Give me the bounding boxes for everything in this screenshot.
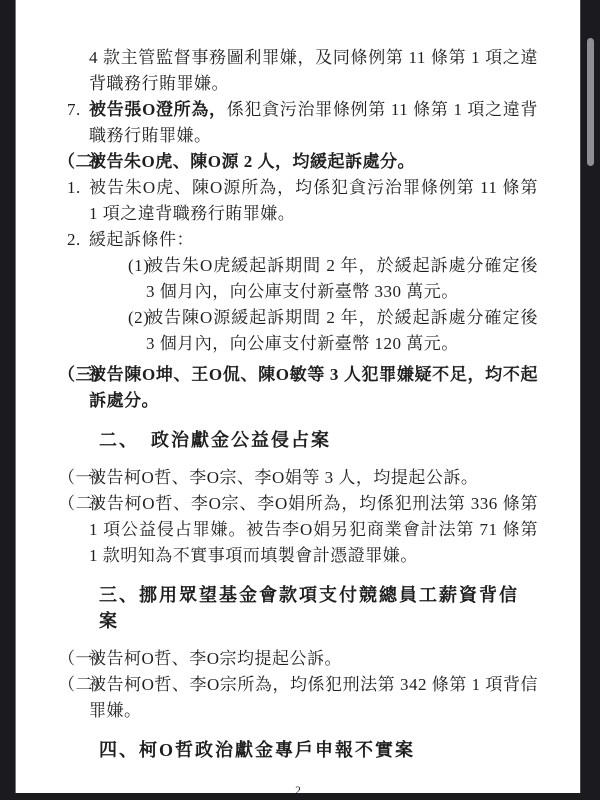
item-text: 被告朱O虎、陳O源 2 人，均緩起訴處分。: [89, 152, 415, 171]
section-heading: 二、政治獻金公益侵占案: [99, 427, 538, 453]
item-text: 被告陳O源緩起訴期間 2 年，於緩起訴處分確定後 3 個月內，向公庫支付新臺幣 …: [146, 308, 538, 353]
item-text: 被告張O澄所為，係犯貪污治罪條例第 11 條第 1 項之違背職務行賄罪嫌。: [89, 100, 538, 145]
lettered-item: （一） 被告柯O哲、李O宗均提起公訴。: [58, 646, 538, 672]
heading-text: 政治獻金公益侵占案: [151, 430, 331, 450]
item-text: 被告柯O哲、李O宗均提起公訴。: [89, 649, 342, 668]
sub-item: (1) 被告朱O虎緩起訴期間 2 年，於緩起訴處分確定後 3 個月內，向公庫支付…: [58, 253, 538, 305]
section-heading: 三、挪用眾望基金會款項支付競總員工薪資背信案: [99, 582, 538, 634]
document-page[interactable]: 4 款主管監督事務圖利罪嫌，及同條例第 11 條第 1 項之違背職務行賄罪嫌。 …: [15, 0, 581, 793]
section-heading: 四、柯O哲政治獻金專戶申報不實案: [99, 737, 538, 763]
lettered-item: （二） 被告柯O哲、李O宗所為，均係犯刑法第 342 條第 1 項背信罪嫌。: [58, 672, 538, 724]
item-marker: (1): [128, 253, 149, 279]
numbered-item: 2. 緩起訴條件：: [58, 227, 538, 253]
item-marker: （二）: [58, 149, 111, 175]
numbered-item: 1. 被告朱O虎、陳O源所為，均係犯貪污治罪條例第 11 條第 1 項之違背職務…: [58, 175, 538, 227]
heading-marker: 二、: [99, 430, 139, 450]
item-text: 被告柯O哲、李O宗、李O娟所為，均係犯刑法第 336 條第 1 項公益侵占罪嫌。…: [89, 494, 538, 565]
defendant-name-bold: 被告張O澄所為，: [89, 100, 227, 119]
item-marker: （一）: [58, 646, 111, 672]
paragraph-continuation: 4 款主管監督事務圖利罪嫌，及同條例第 11 條第 1 項之違背職務行賄罪嫌。: [58, 45, 538, 97]
item-marker: 2.: [67, 227, 81, 253]
heading-marker: 三、: [99, 585, 139, 605]
scrollbar-thumb[interactable]: [587, 38, 594, 166]
paragraph-text: 4 款主管監督事務圖利罪嫌，及同條例第 11 條第 1 項之違背職務行賄罪嫌。: [89, 48, 538, 93]
pdf-viewer: 4 款主管監督事務圖利罪嫌，及同條例第 11 條第 1 項之違背職務行賄罪嫌。 …: [0, 0, 600, 800]
item-marker: 1.: [67, 175, 81, 201]
page-number: 2: [58, 778, 538, 793]
item-text: 被告朱O虎緩起訴期間 2 年，於緩起訴處分確定後 3 個月內，向公庫支付新臺幣 …: [146, 256, 538, 301]
document-content: 4 款主管監督事務圖利罪嫌，及同條例第 11 條第 1 項之違背職務行賄罪嫌。 …: [16, 0, 580, 793]
lettered-item-bold: （三） 被告陳O坤、王O侃、陳O敏等 3 人犯罪嫌疑不足，均不起訴處分。: [58, 362, 538, 414]
item-marker: （二）: [58, 672, 111, 698]
numbered-item: 7. 被告張O澄所為，係犯貪污治罪條例第 11 條第 1 項之違背職務行賄罪嫌。: [58, 97, 538, 149]
item-text: 被告柯O哲、李O宗、李O娟等 3 人，均提起公訴。: [89, 468, 478, 487]
heading-text: 柯O哲政治獻金專戶申報不實案: [139, 740, 415, 760]
item-marker: （二）: [58, 491, 111, 517]
item-marker: (2): [128, 305, 149, 331]
item-text: 被告陳O坤、王O侃、陳O敏等 3 人犯罪嫌疑不足，均不起訴處分。: [89, 365, 538, 410]
item-marker: 7.: [67, 97, 81, 123]
item-text: 緩起訴條件：: [89, 230, 194, 249]
item-text: 被告朱O虎、陳O源所為，均係犯貪污治罪條例第 11 條第 1 項之違背職務行賄罪…: [89, 178, 538, 223]
lettered-item: （一） 被告柯O哲、李O宗、李O娟等 3 人，均提起公訴。: [58, 465, 538, 491]
sub-item: (2) 被告陳O源緩起訴期間 2 年，於緩起訴處分確定後 3 個月內，向公庫支付…: [58, 305, 538, 357]
lettered-item: （二） 被告柯O哲、李O宗、李O娟所為，均係犯刑法第 336 條第 1 項公益侵…: [58, 491, 538, 569]
heading-text: 挪用眾望基金會款項支付競總員工薪資背信案: [99, 585, 519, 631]
lettered-item-bold: （二） 被告朱O虎、陳O源 2 人，均緩起訴處分。: [58, 149, 538, 175]
item-text: 被告柯O哲、李O宗所為，均係犯刑法第 342 條第 1 項背信罪嫌。: [89, 675, 538, 720]
item-marker: （一）: [58, 465, 111, 491]
item-marker: （三）: [58, 362, 111, 388]
heading-marker: 四、: [99, 740, 139, 760]
